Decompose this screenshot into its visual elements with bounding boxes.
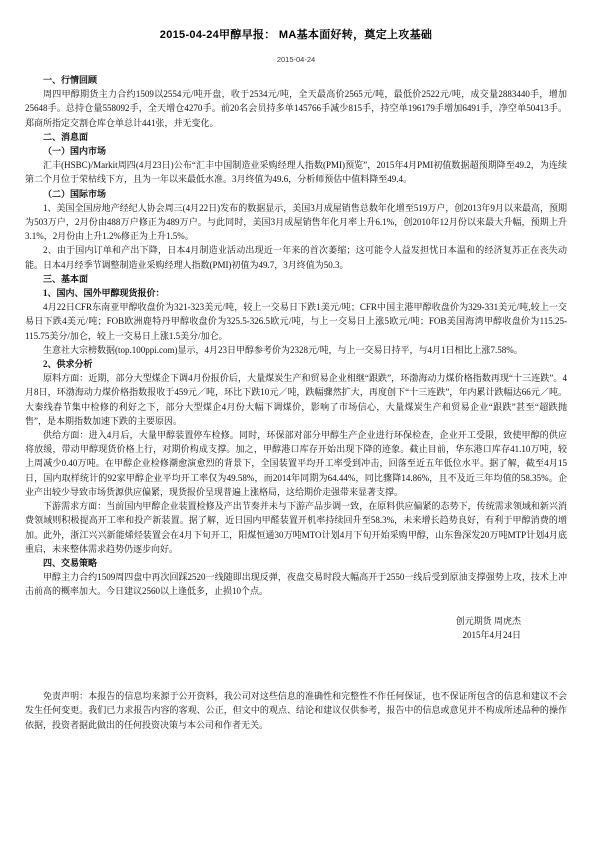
paragraph-reference-price: 生意社大宗榜数据(top.100ppi.com)显示，4月23日甲醇参考价为23… <box>25 343 567 357</box>
disclaimer-text: 免责声明：本报告的信息均来源于公开资料，我公司对这些信息的准确性和完整性不作任何… <box>25 689 567 733</box>
paragraph-us-housing: 1、美国全国房地产经纪人协会周三(4月22日)发布的数据显示，美国3月成屋销售总… <box>25 201 567 244</box>
section-heading-news: 二、消息面 <box>25 130 567 144</box>
disclaimer-block: 免责声明：本报告的信息均来源于公开资料，我公司对这些信息的准确性和完整性不作任何… <box>25 689 567 733</box>
paragraph-raw-material: 原料方面：近期，部分大型煤企下调4月份报价后，大量煤炭生产和贸易企业相继“跟跌”… <box>25 371 567 428</box>
paragraph-domestic-pmi: 汇丰(HSBC)/Markit周四(4月23日)公布“汇丰中国制造业采购经理人指… <box>25 158 567 186</box>
signature-author: 创元期货 周虎杰 <box>25 614 521 629</box>
section-heading-fundamentals: 三、基本面 <box>25 272 567 286</box>
section-heading-strategy: 四、交易策略 <box>25 556 567 570</box>
signature-block: 创元期货 周虎杰 2015年4月24日 <box>25 614 567 643</box>
paragraph-strategy: 甲醇主力合约1509周四盘中再次回踩2520一线随即出现反弹，夜盘交易时段大幅高… <box>25 570 567 598</box>
report-page: 2015-04-24甲醇早报： MA基本面好转，奠定上攻基础 2015-04-2… <box>0 0 595 842</box>
paragraph-spot-quotes: 4月22日CFR东南亚甲醇收盘价为321-323美元/吨，较上一交易日下跌1美元… <box>25 300 567 343</box>
subheading-supply-demand: 2、供求分析 <box>25 357 567 371</box>
signature-date: 2015年4月24日 <box>25 628 521 643</box>
paragraph-market-review: 周四甲醇期货主力合约1509以2554元/吨开盘，收于2534元/吨，全天最高价… <box>25 87 567 130</box>
paragraph-supply: 供给方面：进入4月后，大量甲醇装置停车检修。同时，环保部对部分甲醇生产企业进行环… <box>25 428 567 499</box>
subheading-intl-market: （二）国际市场 <box>25 187 567 201</box>
subheading-domestic-market: （一）国内市场 <box>25 144 567 158</box>
report-body: 一、行情回顾 周四甲醇期货主力合约1509以2554元/吨开盘，收于2534元/… <box>25 73 567 599</box>
subheading-spot-quotes: 1、国内、国外甲醇现货报价： <box>25 286 567 300</box>
paragraph-japan-pmi: 2、由于国内订单和产出下降，日本4月制造业活动出现近一年来的首次萎缩；这可能令人… <box>25 243 567 271</box>
section-heading-market-review: 一、行情回顾 <box>25 73 567 87</box>
paragraph-downstream-demand: 下游需求方面：当前国内甲醇企业装置检修及产出节奏并未与下游产品步调一致，在原料供… <box>25 499 567 556</box>
report-title: 2015-04-24甲醇早报： MA基本面好转，奠定上攻基础 <box>25 26 567 42</box>
report-date: 2015-04-24 <box>25 55 567 64</box>
